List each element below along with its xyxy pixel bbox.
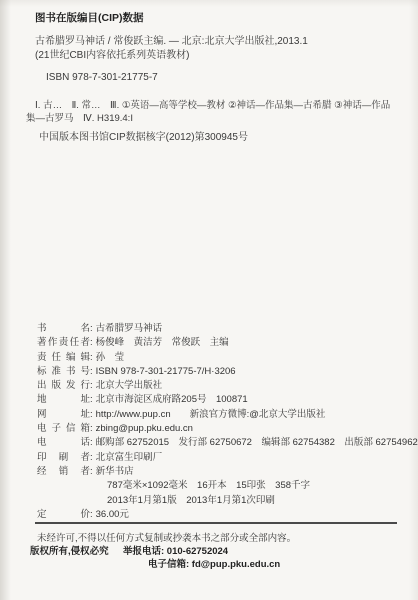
colophon-colon: : bbox=[90, 379, 93, 393]
colophon-colon: : bbox=[90, 322, 93, 336]
copyright-page: 图书在版编目(CIP)数据 古希腊罗马神话 / 常俊跃主编. — 北京:北京大学… bbox=[0, 0, 418, 600]
colophon-label: 电子信箱 bbox=[37, 422, 90, 436]
colophon-colon: : bbox=[90, 351, 93, 365]
colophon-value: 邮购部 62752015 发行部 62750672 编辑部 62754382 出… bbox=[96, 436, 418, 450]
colophon-value: 北京市海淀区成府路205号 100871 bbox=[96, 393, 248, 407]
colophon-row-format: 787毫米×1092毫米 16开本 15印张 358千字 bbox=[37, 479, 410, 493]
colophon-row-editor: 责任编辑:孙 莹 bbox=[37, 351, 410, 365]
colophon-block: 书名:古希腊罗马神话 著作责任者:杨俊峰 黄洁芳 常俊跃 主编 责任编辑:孙 莹… bbox=[37, 322, 410, 522]
colophon-colon: : bbox=[90, 422, 93, 436]
colophon-row-authors: 著作责任者:杨俊峰 黄洁芳 常俊跃 主编 bbox=[37, 336, 410, 350]
colophon-colon: : bbox=[90, 365, 93, 379]
colophon-row-address: 地址:北京市海淀区成府路205号 100871 bbox=[37, 393, 410, 407]
colophon-label: 出版发行 bbox=[37, 379, 90, 393]
cip-title-line: 古希腊罗马神话 / 常俊跃主编. — 北京:北京大学出版社,2013.1 bbox=[35, 32, 308, 47]
colophon-value: 孙 莹 bbox=[96, 351, 125, 365]
colophon-row-email: 电子信箱:zbing@pup.pku.edu.cn bbox=[37, 422, 410, 436]
colophon-colon: : bbox=[90, 451, 93, 465]
colophon-value: 古希腊罗马神话 bbox=[96, 322, 163, 336]
cip-classification-line1: Ⅰ. 古… Ⅱ. 常… Ⅲ. ①英语—高等学校—教材 ②神话—作品集—古希腊 ③… bbox=[35, 97, 390, 111]
colophon-label: 地址 bbox=[37, 393, 90, 407]
colophon-value: zbing@pup.pku.edu.cn bbox=[96, 422, 193, 436]
colophon-colon: : bbox=[90, 336, 93, 350]
colophon-label: 电话 bbox=[37, 436, 90, 450]
colophon-row-publisher: 出版发行:北京大学出版社 bbox=[37, 379, 410, 393]
colophon-colon: : bbox=[90, 508, 93, 522]
colophon-value: 北京大学出版社 bbox=[96, 379, 163, 393]
colophon-value: http://www.pup.cn 新浪官方微博:@北京大学出版社 bbox=[96, 408, 326, 422]
colophon-row-printer: 印刷者:北京富生印刷厂 bbox=[37, 451, 410, 465]
colophon-label: 标准书号 bbox=[37, 365, 90, 379]
colophon-row-phones: 电话:邮购部 62752015 发行部 62750672 编辑部 6275438… bbox=[37, 436, 410, 450]
copyright-line: 版权所有,侵权必究 举报电话: 010-62752024 bbox=[30, 543, 109, 557]
colophon-value: 787毫米×1092毫米 16开本 15印张 358千字 bbox=[107, 479, 310, 493]
copy-prohibition-notice: 未经许可,不得以任何方式复制或抄袭本书之部分或全部内容。 bbox=[37, 530, 296, 544]
colophon-row-price: 定价:36.00元 bbox=[37, 508, 410, 522]
colophon-row-isbn: 标准书号:ISBN 978-7-301-21775-7/H·3206 bbox=[37, 365, 410, 379]
colophon-colon: : bbox=[90, 408, 93, 422]
report-phone: 举报电话: 010-62752024 bbox=[123, 543, 228, 557]
colophon-row-title: 书名:古希腊罗马神话 bbox=[37, 322, 410, 336]
colophon-label: 经销者 bbox=[37, 465, 90, 479]
colophon-label: 定价 bbox=[37, 508, 90, 522]
cip-classification-line2: 集—古罗马 Ⅳ. H319.4:I bbox=[26, 110, 133, 124]
cip-heading: 图书在版编目(CIP)数据 bbox=[35, 10, 144, 25]
colophon-value: 北京富生印刷厂 bbox=[96, 451, 163, 465]
colophon-value: 杨俊峰 黄洁芳 常俊跃 主编 bbox=[96, 336, 229, 350]
copyright-statement: 版权所有,侵权必究 bbox=[30, 546, 109, 557]
colophon-label: 网址 bbox=[37, 408, 90, 422]
colophon-value: 36.00元 bbox=[96, 508, 129, 522]
colophon-row-distributor: 经销者:新华书店 bbox=[37, 465, 410, 479]
colophon-colon: : bbox=[90, 436, 93, 450]
colophon-label: 印刷者 bbox=[37, 451, 90, 465]
cip-record-number: 中国版本图书馆CIP数据核字(2012)第300945号 bbox=[39, 128, 248, 143]
colophon-value: 2013年1月第1版 2013年1月第1次印刷 bbox=[107, 494, 275, 508]
colophon-colon: : bbox=[90, 393, 93, 407]
colophon-row-edition: 2013年1月第1版 2013年1月第1次印刷 bbox=[37, 494, 410, 508]
divider-rule bbox=[35, 522, 397, 524]
colophon-colon: : bbox=[90, 465, 93, 479]
cip-series-line: (21世纪CBI内容依托系列英语教材) bbox=[35, 46, 189, 61]
colophon-label: 责任编辑 bbox=[37, 351, 90, 365]
colophon-value: ISBN 978-7-301-21775-7/H·3206 bbox=[96, 365, 236, 379]
colophon-label: 书名 bbox=[37, 322, 90, 336]
report-email: 电子信箱: fd@pup.pku.edu.cn bbox=[148, 556, 280, 570]
colophon-row-website: 网址:http://www.pup.cn 新浪官方微博:@北京大学出版社 bbox=[37, 408, 410, 422]
cip-isbn: ISBN 978-7-301-21775-7 bbox=[46, 72, 158, 83]
colophon-label: 著作责任者 bbox=[37, 336, 90, 350]
colophon-value: 新华书店 bbox=[96, 465, 134, 479]
